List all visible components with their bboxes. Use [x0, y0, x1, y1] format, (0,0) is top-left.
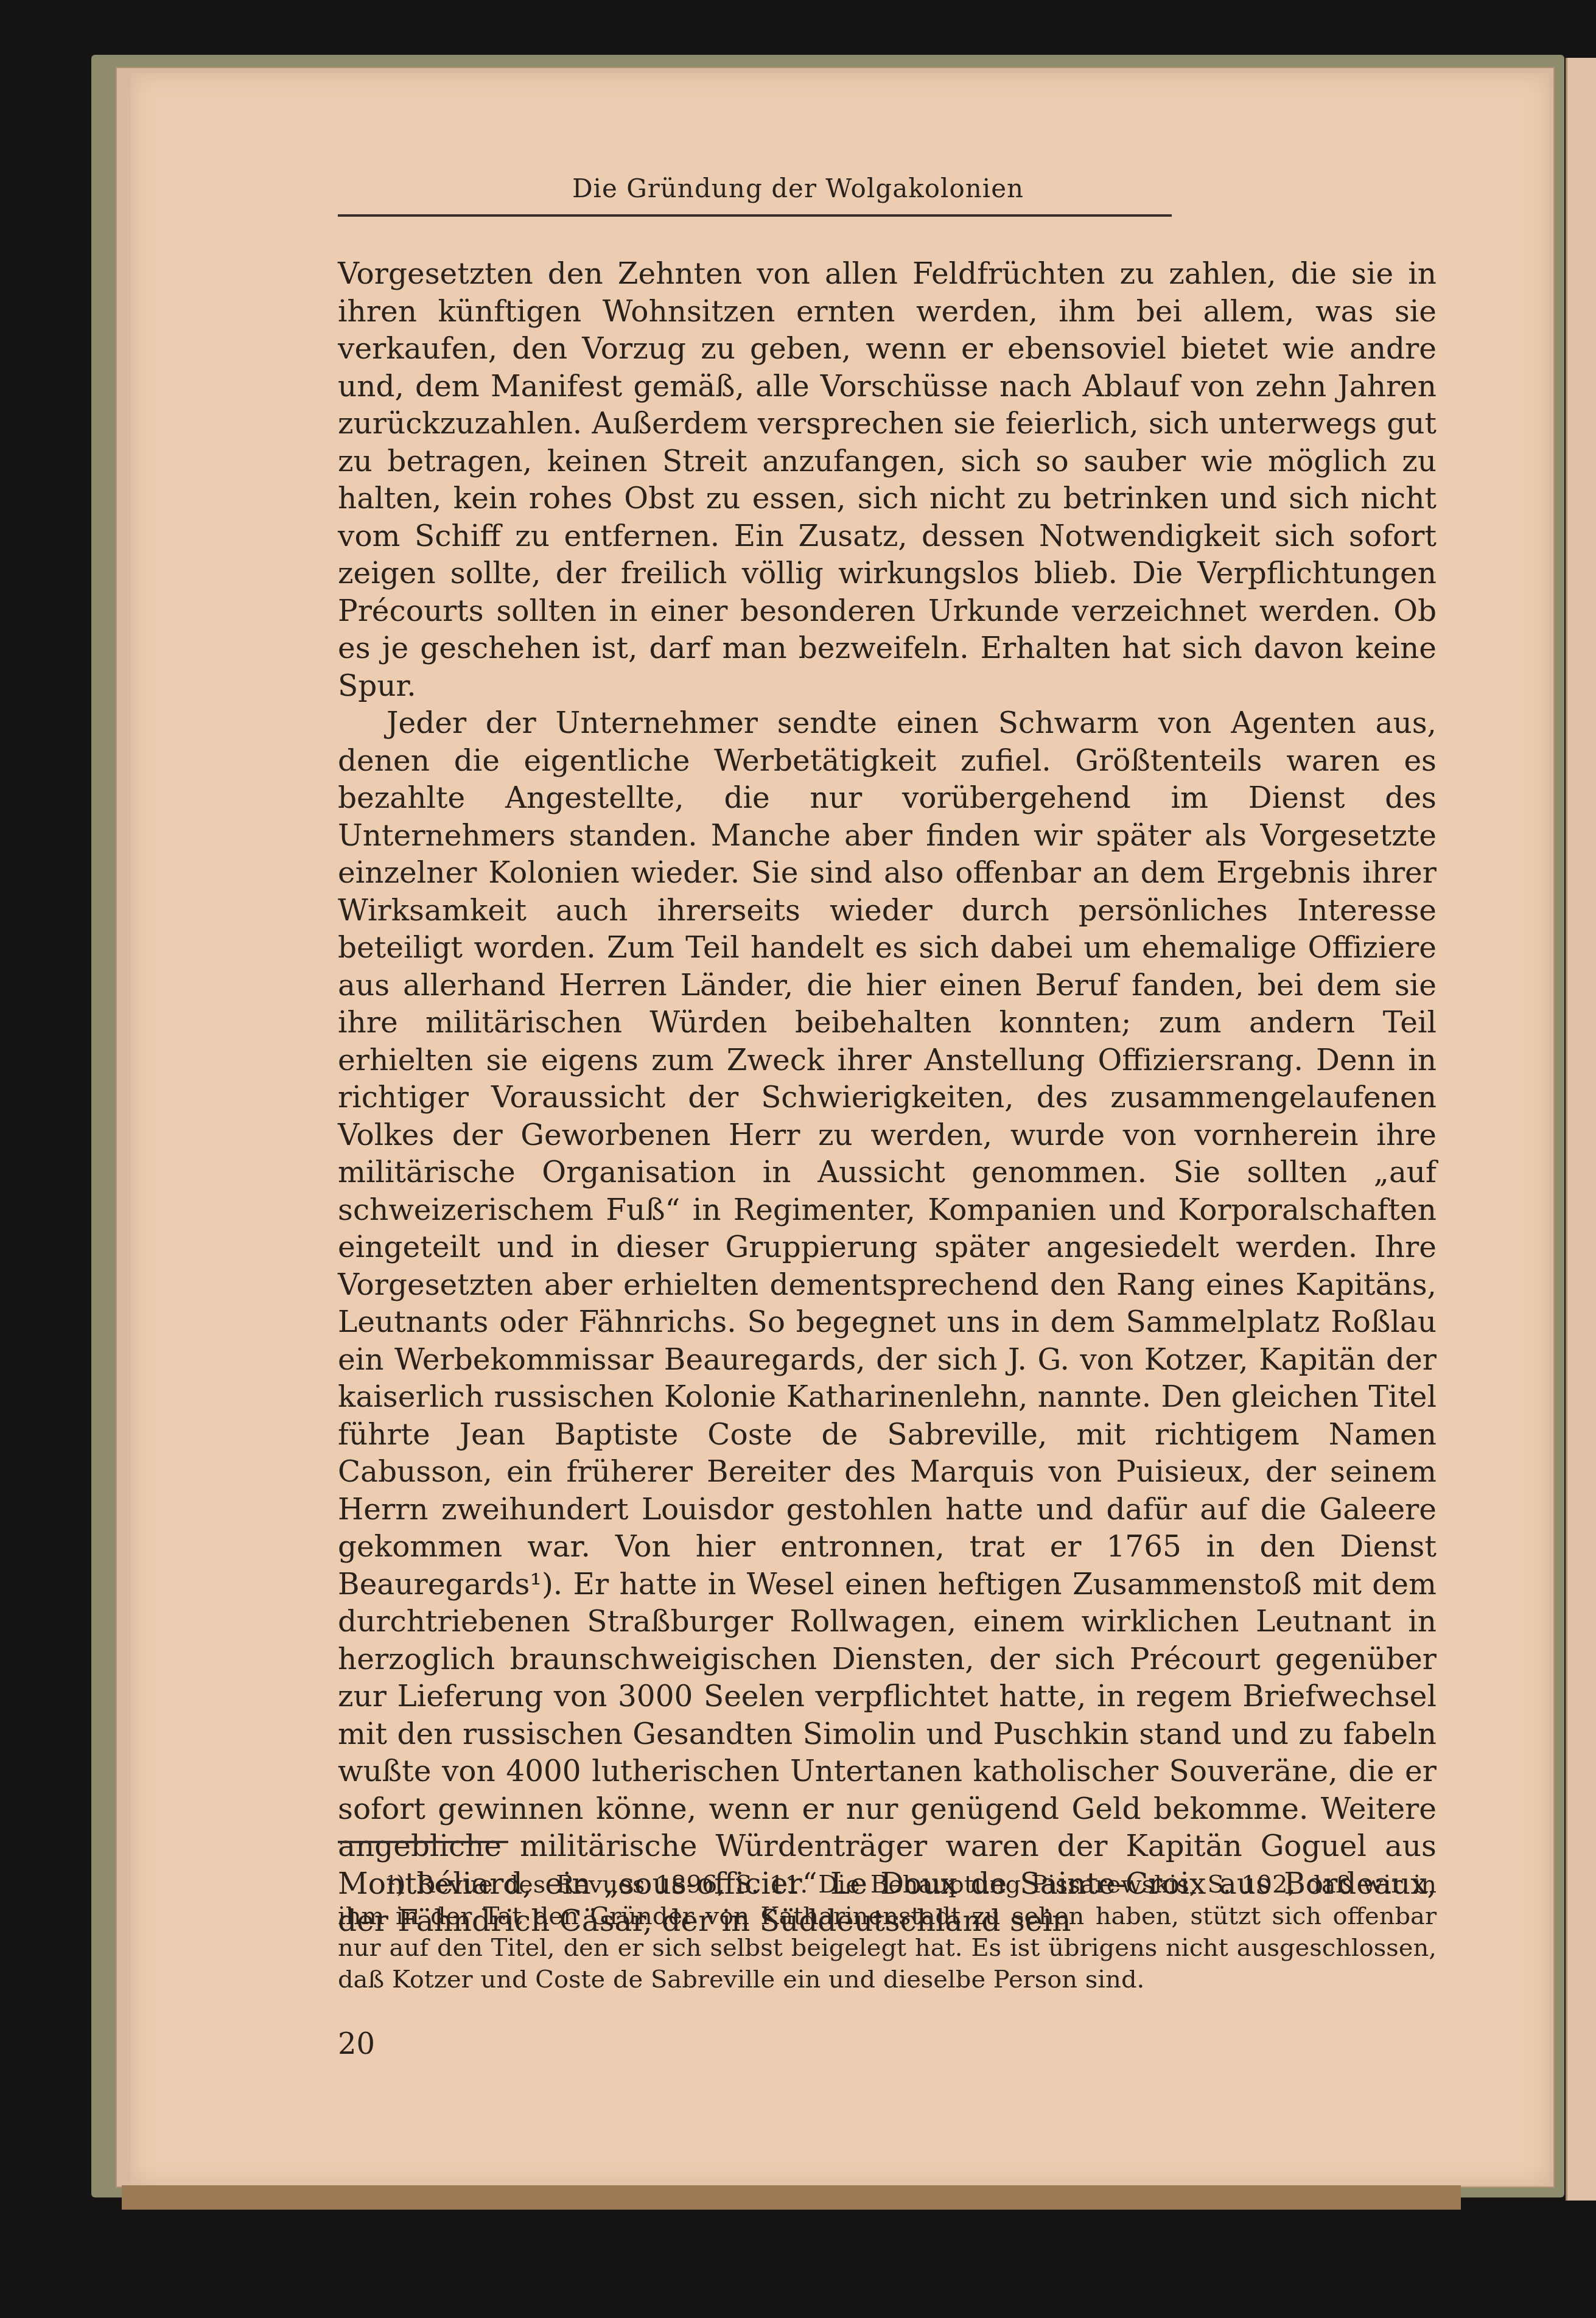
body-text: Vorgesetzten den Zehnten von allen Feldf… [338, 256, 1437, 1941]
paragraph: Vorgesetzten den Zehnten von allen Feldf… [338, 256, 1437, 705]
page-bottom-edges [122, 2185, 1461, 2210]
footnote-text: ¹) Revue des Revues 1896, S. 11. Die Beh… [338, 1869, 1437, 1995]
paragraph: Jeder der Unternehmer sendte einen Schwa… [338, 705, 1437, 1941]
header-rule [338, 214, 1172, 217]
footnote: ¹) Revue des Revues 1896, S. 11. Die Beh… [338, 1869, 1437, 1995]
running-head: Die Gründung der Wolgakolonien [0, 173, 1596, 203]
footnote-rule [338, 1841, 508, 1843]
page-number: 20 [338, 2027, 375, 2061]
facing-page-gutter [1566, 58, 1596, 2201]
